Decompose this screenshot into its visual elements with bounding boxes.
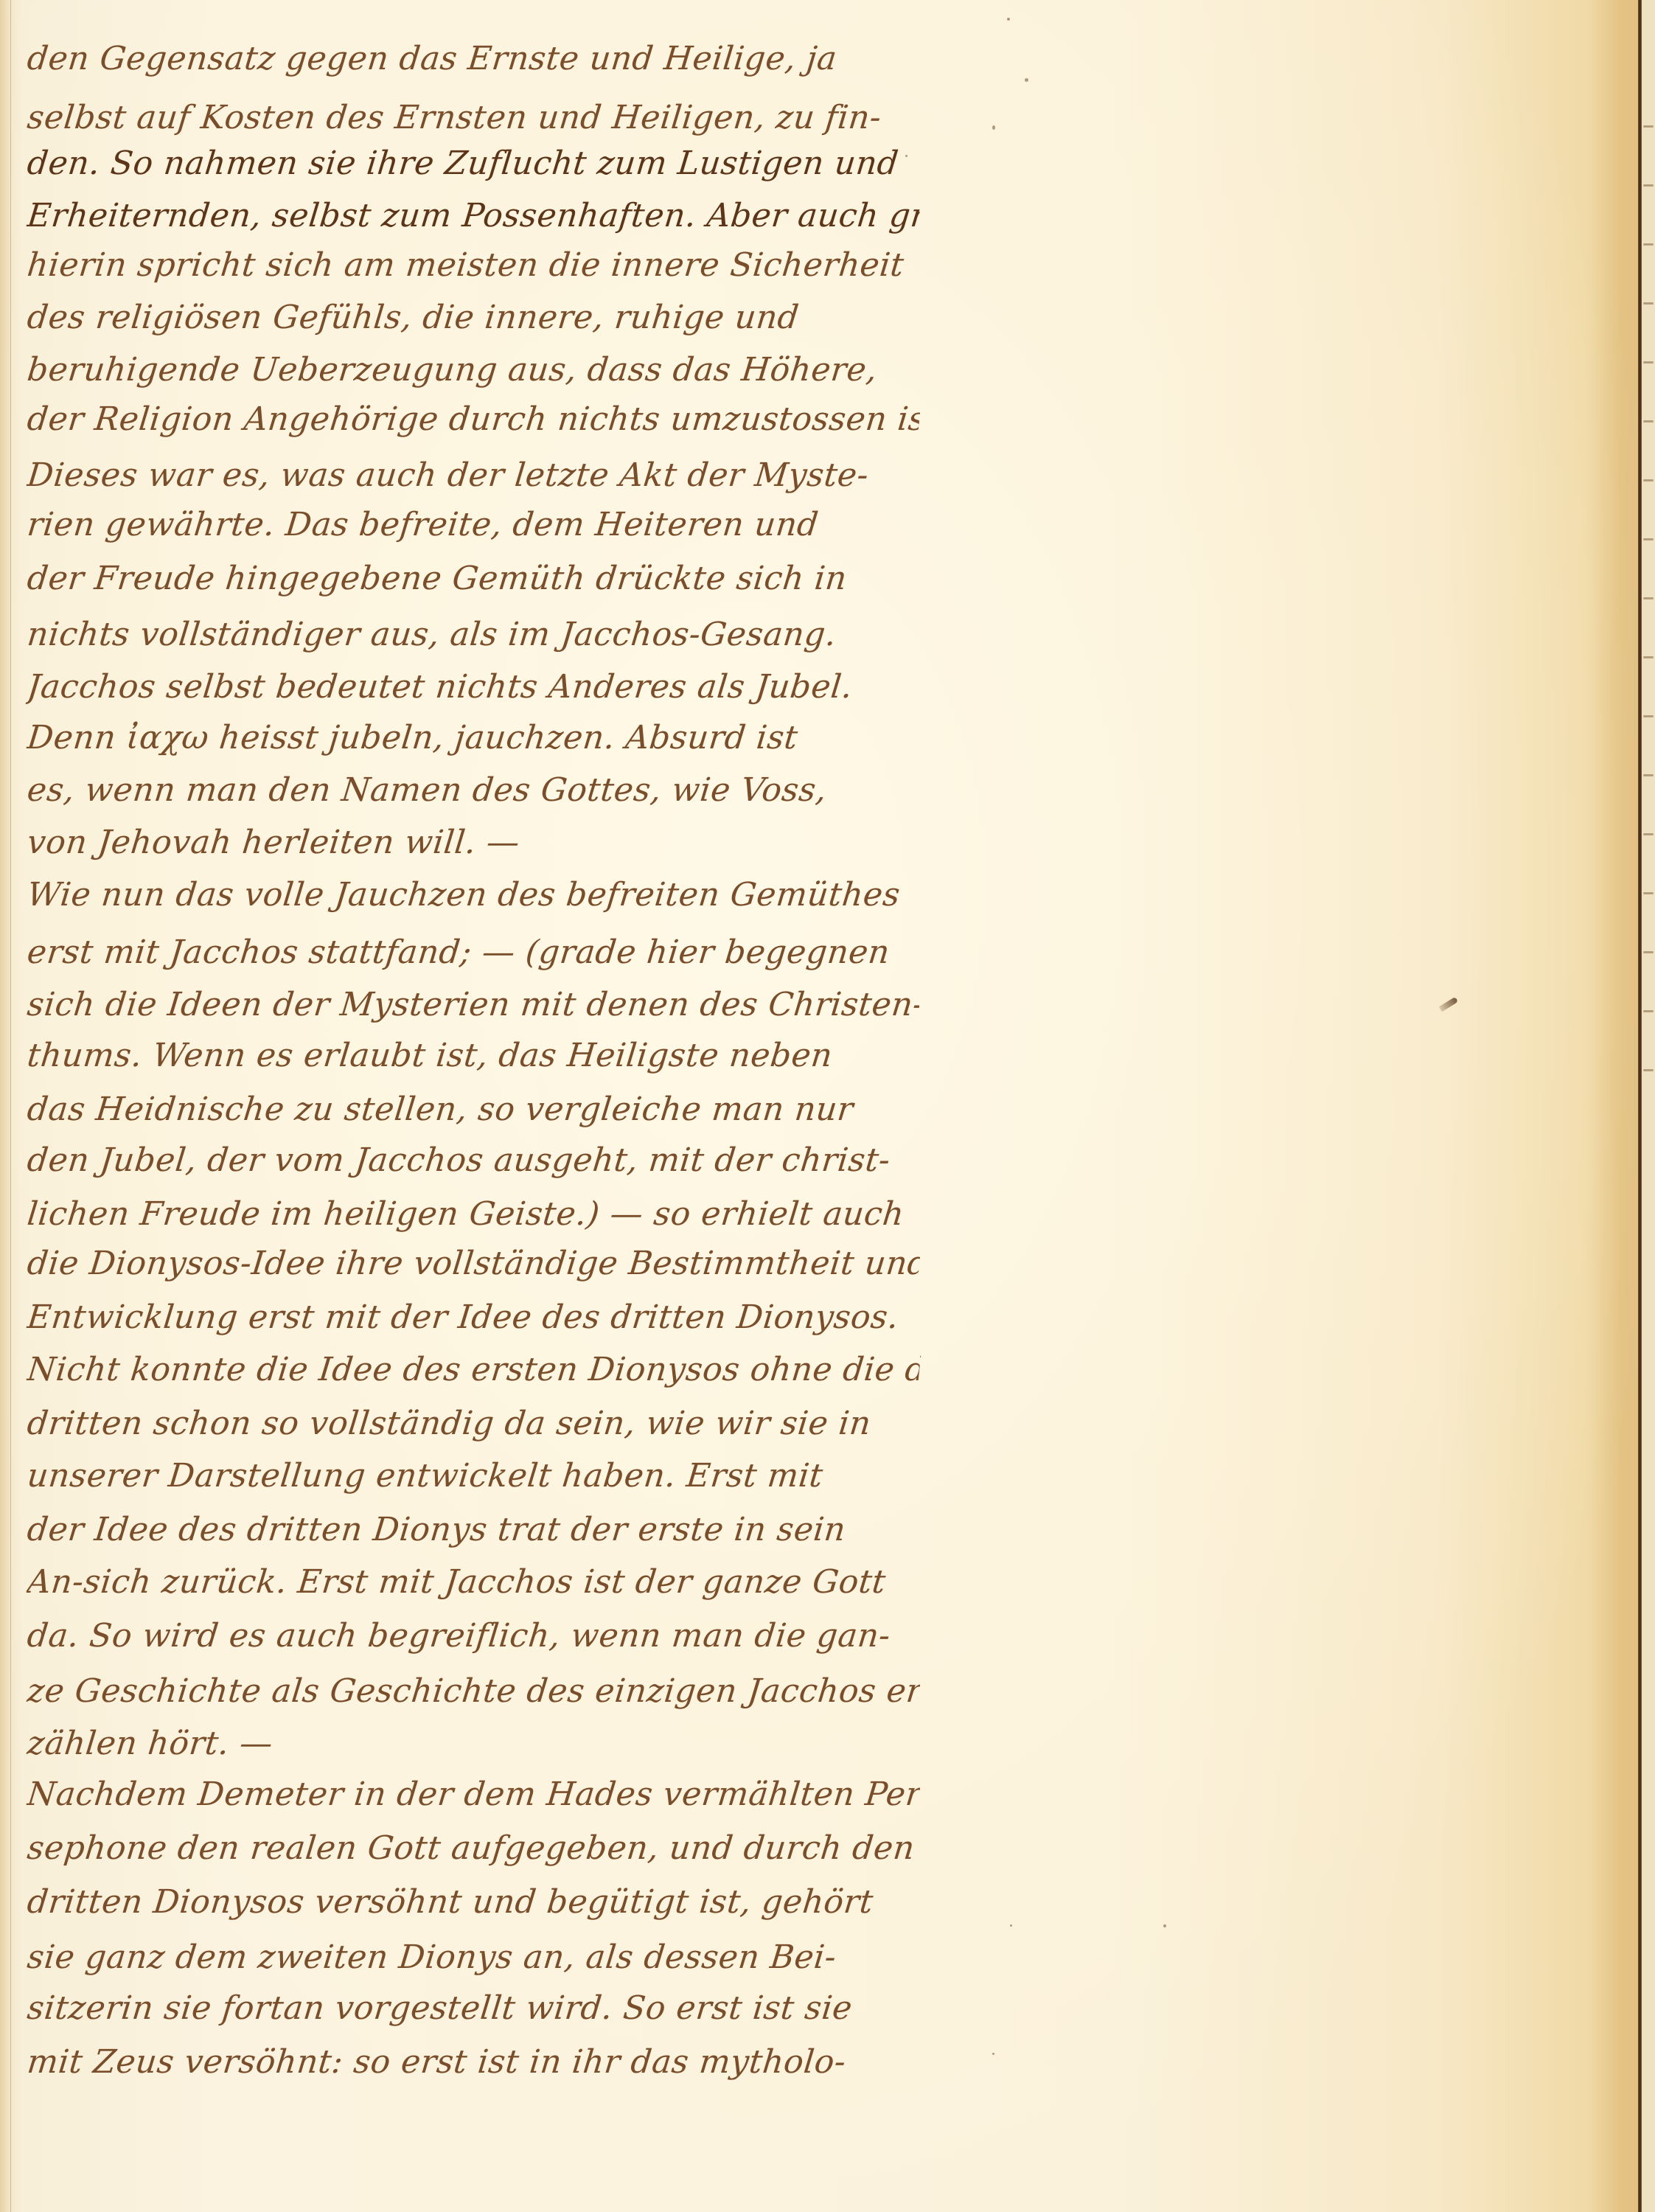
text-line: den Jubel, der vom Jacchos ausgeht, mit …	[25, 1138, 921, 1183]
text-line: erst mit Jacchos stattfand; — (grade hie…	[25, 931, 921, 975]
text-line: dritten Dionysos versöhnt und begütigt i…	[25, 1880, 921, 1924]
text-line: Denn ἰαχω heisst jubeln, jauchzen. Absur…	[25, 716, 921, 760]
paper-speck	[1007, 18, 1010, 21]
text-line: rien gewährte. Das befreite, dem Heitere…	[25, 503, 921, 547]
text-line: sich die Ideen der Mysterien mit denen d…	[25, 983, 921, 1027]
text-line: der Freude hingegebene Gemüth drückte si…	[25, 557, 921, 601]
text-line: es, wenn man den Namen des Gottes, wie V…	[25, 768, 921, 813]
text-line: sie ganz dem zweiten Dionys an, als dess…	[25, 1935, 921, 1980]
text-line: Nicht konnte die Idee des ersten Dionyso…	[25, 1348, 921, 1392]
text-line: An-sich zurück. Erst mit Jacchos ist der…	[25, 1560, 921, 1604]
text-line: hierin spricht sich am meisten die inner…	[25, 243, 921, 288]
text-line: der Religion Angehörige durch nichts umz…	[25, 397, 921, 442]
manuscript-page: den Gegensatz gegen das Ernste und Heili…	[0, 0, 1655, 2212]
text-line: die Dionysos-Idee ihre vollständige Best…	[25, 1242, 921, 1286]
text-line: sephone den realen Gott aufgegeben, und …	[25, 1826, 921, 1871]
text-line: Nachdem Demeter in der dem Hades vermähl…	[25, 1773, 921, 1817]
text-line: mit Zeus versöhnt: so erst ist in ihr da…	[25, 2040, 921, 2084]
adjacent-page-edge	[1642, 0, 1655, 2212]
ink-blot-mark	[1439, 997, 1458, 1012]
text-line: den Gegensatz gegen das Ernste und Heili…	[25, 37, 921, 81]
text-line: das Heidnische zu stellen, so vergleiche…	[25, 1088, 921, 1132]
binding-gutter-shadow	[1585, 0, 1640, 2212]
text-line: thums. Wenn es erlaubt ist, das Heiligst…	[25, 1034, 921, 1078]
text-line: beruhigende Ueberzeugung aus, dass das H…	[25, 348, 921, 392]
text-line: selbst auf Kosten des Ernsten und Heilig…	[25, 96, 921, 140]
text-line: nichts vollständiger aus, als im Jacchos…	[25, 613, 921, 657]
text-line: der Idee des dritten Dionys trat der ers…	[25, 1508, 921, 1552]
text-line: von Jehovah herleiten will. —	[25, 821, 921, 865]
text-line: Wie nun das volle Jauchzen des befreiten…	[25, 873, 921, 917]
text-line: sitzerin sie fortan vorgestellt wird. So…	[25, 1986, 921, 2031]
paper-speck	[1163, 1924, 1166, 1927]
text-line: unserer Darstellung entwickelt haben. Er…	[25, 1454, 921, 1498]
paper-speck	[1010, 1924, 1012, 1927]
paper-speck	[1025, 78, 1028, 82]
text-line: dritten schon so vollständig da sein, wi…	[25, 1402, 921, 1446]
text-line: Entwicklung erst mit der Idee des dritte…	[25, 1295, 921, 1340]
paper-speck	[992, 125, 995, 130]
text-line: lichen Freude im heiligen Geiste.) — so …	[25, 1192, 921, 1237]
text-line: Dieses war es, was auch der letzte Akt d…	[25, 453, 921, 498]
paper-speck	[992, 2053, 994, 2055]
page-left-edge	[0, 0, 11, 2212]
paper-speck	[905, 155, 907, 157]
text-line: zählen hört. —	[25, 1722, 921, 1766]
text-line: ze Geschichte als Geschichte des einzige…	[25, 1669, 921, 1714]
text-line: des religiösen Gefühls, die innere, ruhi…	[25, 296, 921, 340]
text-line: da. So wird es auch begreiflich, wenn ma…	[25, 1614, 921, 1658]
text-line: Erheiternden, selbst zum Possenhaften. A…	[25, 194, 921, 238]
text-line: den. So nahmen sie ihre Zuflucht zum Lus…	[25, 142, 921, 186]
text-line: Jacchos selbst bedeutet nichts Anderes a…	[25, 665, 921, 709]
